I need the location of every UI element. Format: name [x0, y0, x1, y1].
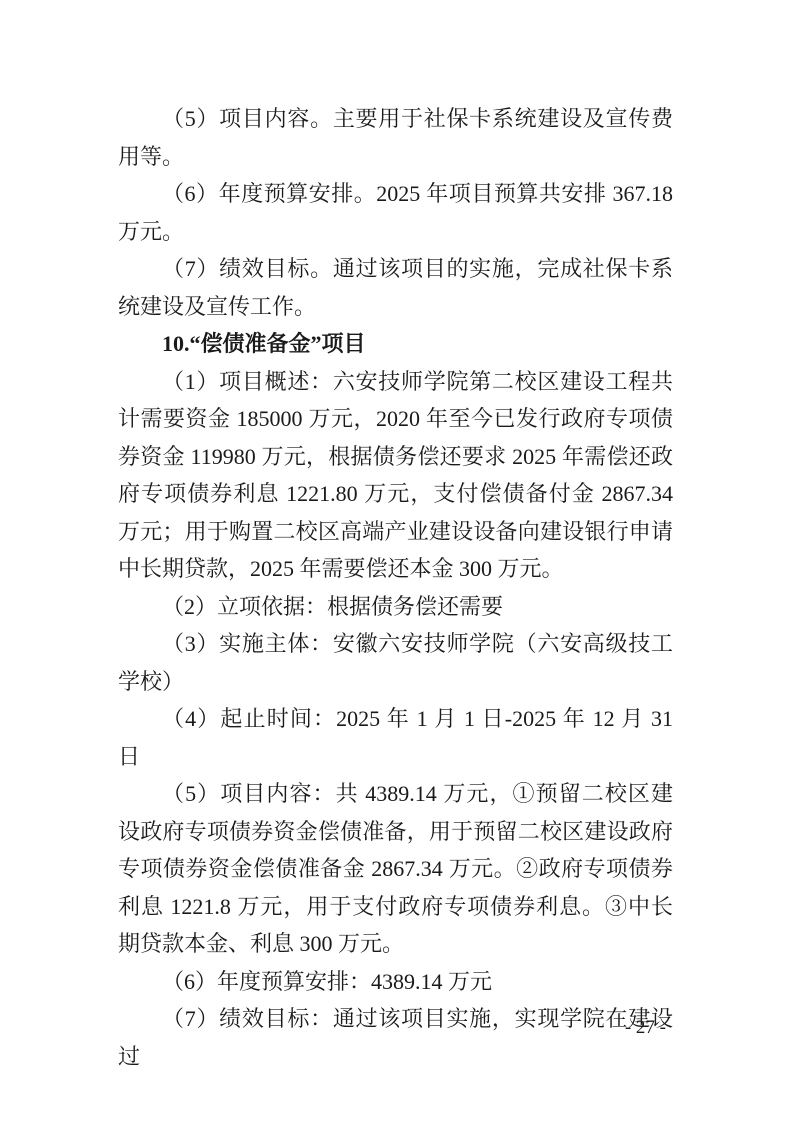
- document-page: （5）项目内容。主要用于社保卡系统建设及宣传费用等。（6）年度预算安排。2025…: [0, 0, 793, 1122]
- page-footer: - 27 -: [118, 1016, 672, 1040]
- body-paragraph: （7）绩效目标。通过该项目的实施，完成社保卡系统建设及宣传工作。: [118, 250, 673, 325]
- body-paragraph: （6）年度预算安排：4389.14 万元: [118, 963, 673, 1001]
- document-body: （5）项目内容。主要用于社保卡系统建设及宣传费用等。（6）年度预算安排。2025…: [118, 100, 673, 1075]
- section-heading: 10.“偿债准备金”项目: [118, 325, 673, 363]
- body-paragraph: （2）立项依据：根据债务偿还需要: [118, 588, 673, 626]
- body-paragraph: （5）项目内容：共 4389.14 万元，①预留二校区建设政府专项债券资金偿债准…: [118, 775, 673, 963]
- body-paragraph: （3）实施主体：安徽六安技师学院（六安高级技工学校）: [118, 625, 673, 700]
- body-paragraph: （6）年度预算安排。2025 年项目预算共安排 367.18 万元。: [118, 175, 673, 250]
- body-paragraph: （5）项目内容。主要用于社保卡系统建设及宣传费用等。: [118, 100, 673, 175]
- body-paragraph: （1）项目概述：六安技师学院第二校区建设工程共计需要资金 185000 万元，2…: [118, 363, 673, 588]
- page-number: - 27 -: [625, 1017, 672, 1038]
- body-paragraph: （4）起止时间：2025 年 1 月 1 日-2025 年 12 月 31 日: [118, 700, 673, 775]
